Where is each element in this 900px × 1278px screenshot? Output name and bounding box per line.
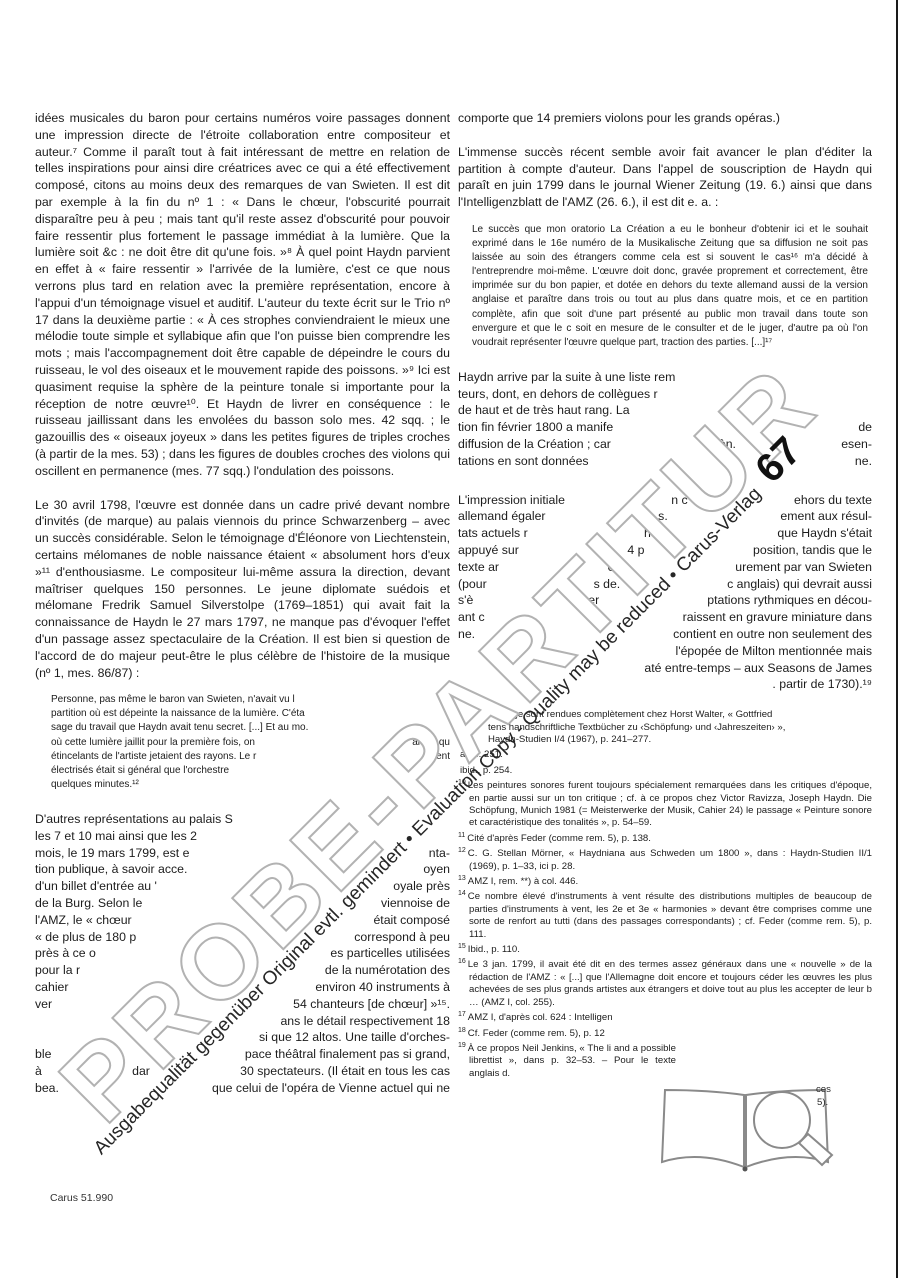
catalog-number: Carus 51.990 xyxy=(50,1192,113,1204)
footnotes-section: n marge sont rendues complètement chez H… xyxy=(458,709,872,1080)
text-line-fragmented: . partir de 1730).¹⁹ xyxy=(458,676,872,693)
text-line-fragmented: àdar30 spectateurs. (Il était en tous le… xyxy=(35,1063,450,1080)
footnote: 15Ibid., p. 110. xyxy=(458,941,872,956)
text-line-fragmented: l'épopée de Milton mentionnée mais xyxy=(458,643,872,660)
footnote-list-narrow: 17AMZ I, d'après col. 624 : Intelligen18… xyxy=(458,1009,676,1080)
text-line: quelques minutes.¹² xyxy=(51,778,450,792)
footnote: 17AMZ I, d'après col. 624 : Intelligen xyxy=(458,1009,676,1024)
footnote: 14Ce nombre élevé d'instruments à vent r… xyxy=(458,888,872,941)
text-line-fragmented: de haut et de très haut rang. La xyxy=(458,402,872,419)
text-line-fragmented: pour la rde la numérotation des xyxy=(35,962,450,979)
text-line: Personne, pas même le baron van Swieten,… xyxy=(51,693,450,707)
text-line-fragmented: tations en sont donnéesne. xyxy=(458,453,872,470)
cut-text-fragment: ces xyxy=(816,1084,831,1095)
cut-text-fragment: 5). xyxy=(817,1097,828,1108)
text-line-fragmented: blepace théâtral finalement pas si grand… xyxy=(35,1046,450,1063)
footnote: 13AMZ I, rem. **) à col. 446. xyxy=(458,873,872,888)
text-line-fragmented: l'AMZ, le « chœurétait composé xyxy=(35,912,450,929)
footnote: 12C. G. Stellan Mörner, « Haydniana aus … xyxy=(458,845,872,873)
text-line-fragmented: de la Burg. Selon leviennoise de xyxy=(35,895,450,912)
paragraph: idées musicales du baron pour certains n… xyxy=(35,110,450,480)
text-line: électrisés était si général que l'orches… xyxy=(51,764,450,778)
text-line-fragmented: allemand égalers.ement aux résul- xyxy=(458,508,872,525)
text-line-fragmented: étincelants de l'artiste jetaient des ra… xyxy=(51,750,450,764)
paragraph: Le 30 avril 1798, l'œuvre est donnée dan… xyxy=(35,497,450,682)
text-line-fragmented: teurs, dont, en dehors de collègues r xyxy=(458,386,872,403)
footnote: 18Cf. Feder (comme rem. 5), p. 12 xyxy=(458,1025,676,1040)
footnote: 10Les peintures sonores furent toujours … xyxy=(458,777,872,830)
book-magnifier-icon xyxy=(650,1082,835,1177)
paragraph: comporte que 14 premiers violons pour le… xyxy=(458,110,872,127)
footnote: 16Le 3 jan. 1799, il avait été dit en de… xyxy=(458,956,872,1009)
text-line-fragmented: près à ce oes particelles utilisées xyxy=(35,945,450,962)
block-quote: Personne, pas même le baron van Swieten,… xyxy=(51,693,450,792)
text-line-fragmented: tats actuels rhe,que Haydn s'était xyxy=(458,525,872,542)
text-line-fragmented: ant craissent en gravure miniature dans xyxy=(458,609,872,626)
page-edge-line xyxy=(896,0,898,1278)
text-line-fragmented: L'impression initialen cehors du texte xyxy=(458,492,872,509)
text-line: sage du travail que Haydn avait tenu sec… xyxy=(51,721,450,735)
text-line-fragmented: Haydn arrive par la suite à une liste re… xyxy=(458,369,872,386)
paragraph-fragmented: Haydn arrive par la suite à une liste re… xyxy=(458,369,872,470)
text-line-fragmented: D'autres représentations au palais S xyxy=(35,811,450,828)
footnote: a., p. 251. xyxy=(458,746,872,761)
left-column: idées musicales du baron pour certains n… xyxy=(35,110,450,1097)
text-line: Haydn-Studien I/4 (1967), p. 241–277. xyxy=(488,734,872,746)
text-line-fragmented: « de plus de 180 ps.correspond à peu xyxy=(35,929,450,946)
text-line-fragmented: où cette lumière jaillit pour la premièr… xyxy=(51,736,450,750)
paragraph: L'immense succès récent semble avoir fai… xyxy=(458,144,872,211)
text-line-fragmented: si que 12 altos. Une taille d'orches- xyxy=(35,1029,450,1046)
document-page: idées musicales du baron pour certains n… xyxy=(0,0,900,1278)
text-line-fragmented: diffusion de la Création ; carièn.esen- xyxy=(458,436,872,453)
text-line: partition où est dépeinte la naissance d… xyxy=(51,707,450,721)
footnote: 19À ce propos Neil Jenkins, « The li and… xyxy=(458,1040,676,1080)
footnote-list: a., p. 251.ibid., p. 254.10Les peintures… xyxy=(458,746,872,1009)
text-line-fragmented: bea.que celui de l'opéra de Vienne actue… xyxy=(35,1080,450,1097)
footnote: ibid., p. 254. xyxy=(458,762,872,777)
text-line-fragmented: d'un billet d'entrée au 'oyale près xyxy=(35,878,450,895)
block-quote: Le succès que mon oratorio La Création a… xyxy=(472,223,868,350)
footnote: 11Cité d'après Feder (comme rem. 5), p. … xyxy=(458,830,872,845)
text-line-fragmented: ne.contient en outre non seulement des xyxy=(458,626,872,643)
text-line-fragmented: até entre-temps – aux Seasons de James xyxy=(458,660,872,677)
text-line: tens handschriftliche Textbücher zu ‹Sch… xyxy=(488,722,872,734)
text-line-fragmented: tion fin février 1800 a manifede xyxy=(458,419,872,436)
